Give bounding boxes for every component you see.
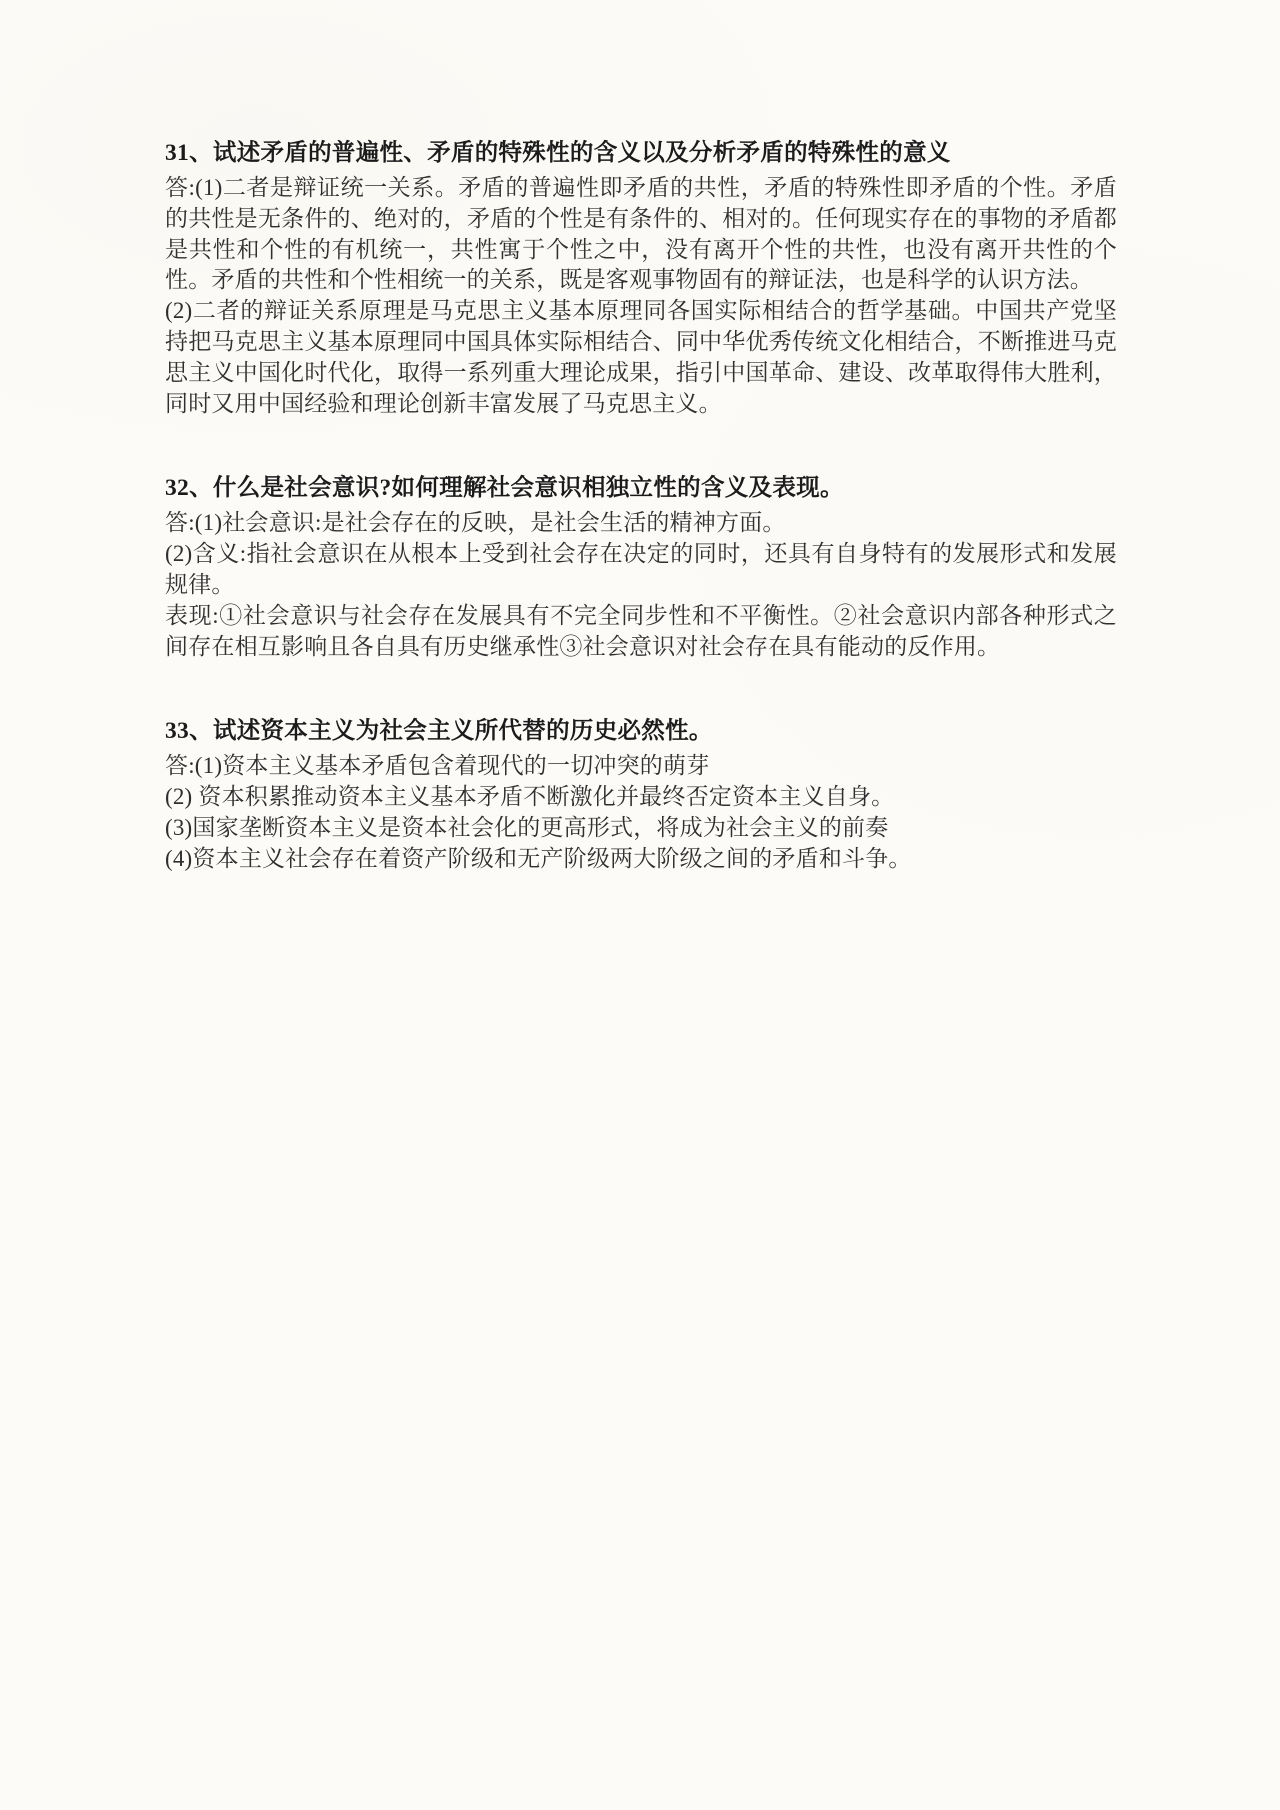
- answer-paragraphs: 答:(1)资本主义基本矛盾包含着现代的一切冲突的萌芽(2) 资本积累推动资本主义…: [165, 751, 1117, 874]
- question-section: 32、什么是社会意识?如何理解社会意识相独立性的含义及表现。 答:(1)社会意识…: [165, 471, 1117, 662]
- answer-paragraphs: 答:(1)社会意识:是社会存在的反映，是社会生活的精神方面。(2)含义:指社会意…: [165, 508, 1117, 662]
- answer-paragraph: (2)含义:指社会意识在从根本上受到社会存在决定的同时，还具有自身特有的发展形式…: [165, 539, 1117, 601]
- answer-paragraph: (2)二者的辩证关系原理是马克思主义基本原理同各国实际相结合的哲学基础。中国共产…: [165, 296, 1117, 419]
- answer-paragraph: (3)国家垄断资本主义是资本社会化的更高形式，将成为社会主义的前奏: [165, 813, 1117, 844]
- answer-paragraph: 表现:①社会意识与社会存在发展具有不完全同步性和不平衡性。②社会意识内部各种形式…: [165, 601, 1117, 663]
- answer-paragraph: (4)资本主义社会存在着资产阶级和无产阶级两大阶级之间的矛盾和斗争。: [165, 844, 1117, 875]
- answer-paragraphs: 答:(1)二者是辩证统一关系。矛盾的普遍性即矛盾的共性，矛盾的特殊性即矛盾的个性…: [165, 173, 1117, 419]
- document-body: 31、试述矛盾的普遍性、矛盾的特殊性的含义以及分析矛盾的特殊性的意义 答:(1)…: [165, 136, 1117, 875]
- question-section: 33、试述资本主义为社会主义所代替的历史必然性。 答:(1)资本主义基本矛盾包含…: [165, 714, 1117, 874]
- answer-paragraph: 答:(1)二者是辩证统一关系。矛盾的普遍性即矛盾的共性，矛盾的特殊性即矛盾的个性…: [165, 173, 1117, 296]
- answer-paragraph: 答:(1)社会意识:是社会存在的反映，是社会生活的精神方面。: [165, 508, 1117, 539]
- question-title: 33、试述资本主义为社会主义所代替的历史必然性。: [165, 714, 1117, 748]
- question-title: 32、什么是社会意识?如何理解社会意识相独立性的含义及表现。: [165, 471, 1117, 505]
- question-section: 31、试述矛盾的普遍性、矛盾的特殊性的含义以及分析矛盾的特殊性的意义 答:(1)…: [165, 136, 1117, 419]
- answer-paragraph: (2) 资本积累推动资本主义基本矛盾不断激化并最终否定资本主义自身。: [165, 782, 1117, 813]
- scanned-document-page: 31、试述矛盾的普遍性、矛盾的特殊性的含义以及分析矛盾的特殊性的意义 答:(1)…: [0, 0, 1280, 1810]
- question-title: 31、试述矛盾的普遍性、矛盾的特殊性的含义以及分析矛盾的特殊性的意义: [165, 136, 1117, 170]
- answer-paragraph: 答:(1)资本主义基本矛盾包含着现代的一切冲突的萌芽: [165, 751, 1117, 782]
